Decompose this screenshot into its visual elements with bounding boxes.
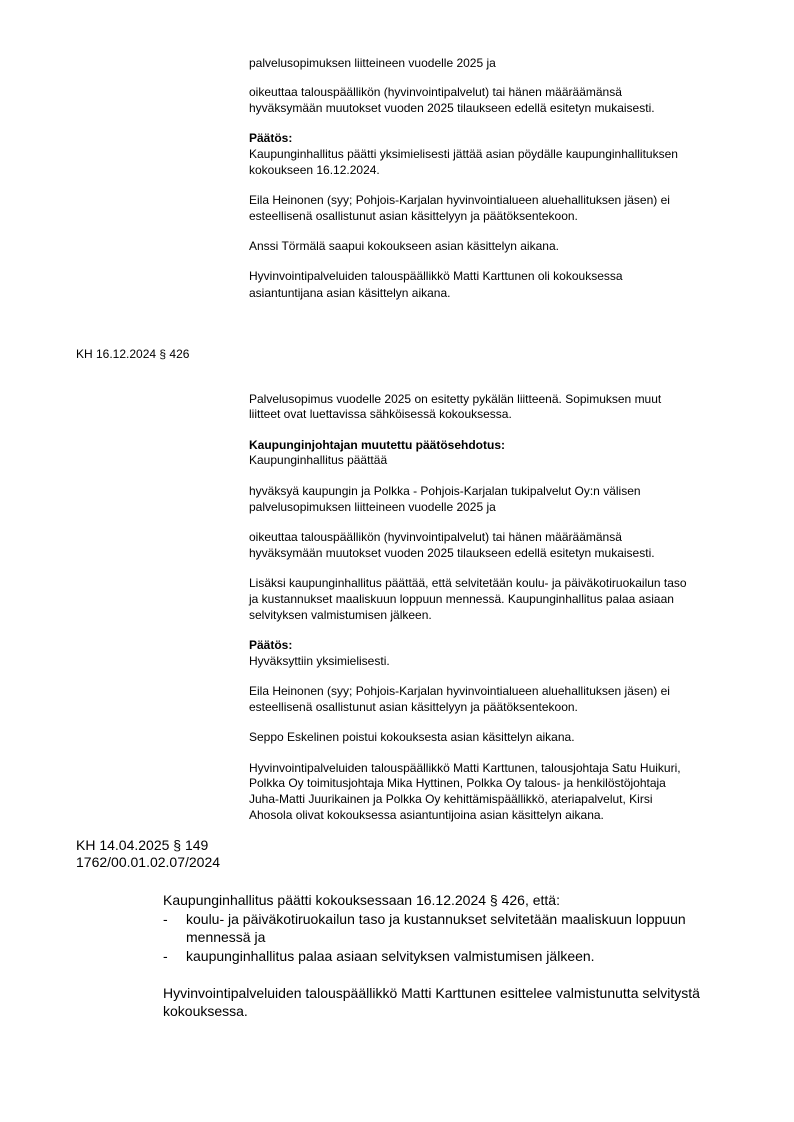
intro-text: liitteet ovat luettavissa sähköisessä ko… bbox=[249, 406, 512, 422]
decision-heading: Päätös: bbox=[249, 637, 292, 653]
intro-text: Palvelusopimus vuodelle 2025 on esitetty… bbox=[249, 391, 661, 407]
additional-decision-text: ja kustannukset maaliskuun loppuun menne… bbox=[249, 591, 674, 607]
decision-heading: Päätös: bbox=[249, 130, 292, 146]
decision-text: Kaupunginhallitus päätti yksimielisesti … bbox=[249, 146, 678, 162]
bullet-marker: - bbox=[163, 947, 168, 966]
arrival-note: Anssi Törmälä saapui kokoukseen asian kä… bbox=[249, 238, 559, 254]
presentation-text: Hyvinvointipalveluiden talouspäällikkö M… bbox=[163, 984, 700, 1003]
experts-note: Ahosola olivat kokouksessa asiantuntijoi… bbox=[249, 807, 604, 823]
bullet-marker: - bbox=[163, 910, 168, 929]
bullet-text: koulu- ja päiväkotiruokailun taso ja kus… bbox=[186, 910, 686, 929]
continuation-line: palvelusopimuksen liitteineen vuodelle 2… bbox=[249, 55, 496, 71]
record-id: 1762/00.01.02.07/2024 bbox=[76, 853, 220, 872]
additional-decision-text: Lisäksi kaupunginhallitus päättää, että … bbox=[249, 575, 687, 591]
disqualification-text: esteellisenä osallistunut asian käsittel… bbox=[249, 699, 578, 715]
experts-note: Juha-Matti Juurikainen ja Polkka Oy kehi… bbox=[249, 791, 653, 807]
departure-note: Seppo Eskelinen poistui kokouksesta asia… bbox=[249, 729, 575, 745]
intro-text: Kaupunginhallitus päätti kokouksessaan 1… bbox=[163, 891, 560, 910]
disqualification-text: esteellisenä osallistunut asian käsittel… bbox=[249, 208, 578, 224]
disqualification-text: Eila Heinonen (syy; Pohjois-Karjalan hyv… bbox=[249, 192, 670, 208]
experts-note: Hyvinvointipalveluiden talouspäällikkö M… bbox=[249, 760, 681, 776]
presentation-text: kokouksessa. bbox=[163, 1002, 248, 1021]
proposal-text: Kaupunginhallitus päättää bbox=[249, 452, 387, 468]
bullet-text: kaupunginhallitus palaa asiaan selvityks… bbox=[186, 947, 595, 966]
disqualification-text: Eila Heinonen (syy; Pohjois-Karjalan hyv… bbox=[249, 683, 670, 699]
proposal-heading: Kaupunginjohtajan muutettu päätösehdotus… bbox=[249, 437, 505, 453]
expert-note: asiantuntijana asian käsittelyn aikana. bbox=[249, 285, 450, 301]
authorize-text: hyväksymään muutokset vuoden 2025 tilauk… bbox=[249, 545, 655, 561]
authorization-text: oikeuttaa talouspäällikön (hyvinvointipa… bbox=[249, 84, 622, 100]
decision-text: Hyväksyttiin yksimielisesti. bbox=[249, 653, 390, 669]
expert-note: Hyvinvointipalveluiden talouspäällikkö M… bbox=[249, 268, 623, 284]
approve-text: hyväksyä kaupungin ja Polkka - Pohjois-K… bbox=[249, 483, 641, 499]
authorization-text: hyväksymään muutokset vuoden 2025 tilauk… bbox=[249, 100, 655, 116]
decision-text: kokoukseen 16.12.2024. bbox=[249, 162, 380, 178]
document-page: palvelusopimuksen liitteineen vuodelle 2… bbox=[0, 0, 794, 1122]
approve-text: palvelusopimuksen liitteineen vuodelle 2… bbox=[249, 499, 496, 515]
bullet-text: mennessä ja bbox=[186, 928, 265, 947]
additional-decision-text: selvityksen valmistumisen jälkeen. bbox=[249, 607, 432, 623]
section-reference: KH 16.12.2024 § 426 bbox=[76, 346, 189, 362]
experts-note: Polkka Oy toimitusjohtaja Mika Hyttinen,… bbox=[249, 775, 666, 791]
authorize-text: oikeuttaa talouspäällikön (hyvinvointipa… bbox=[249, 529, 622, 545]
